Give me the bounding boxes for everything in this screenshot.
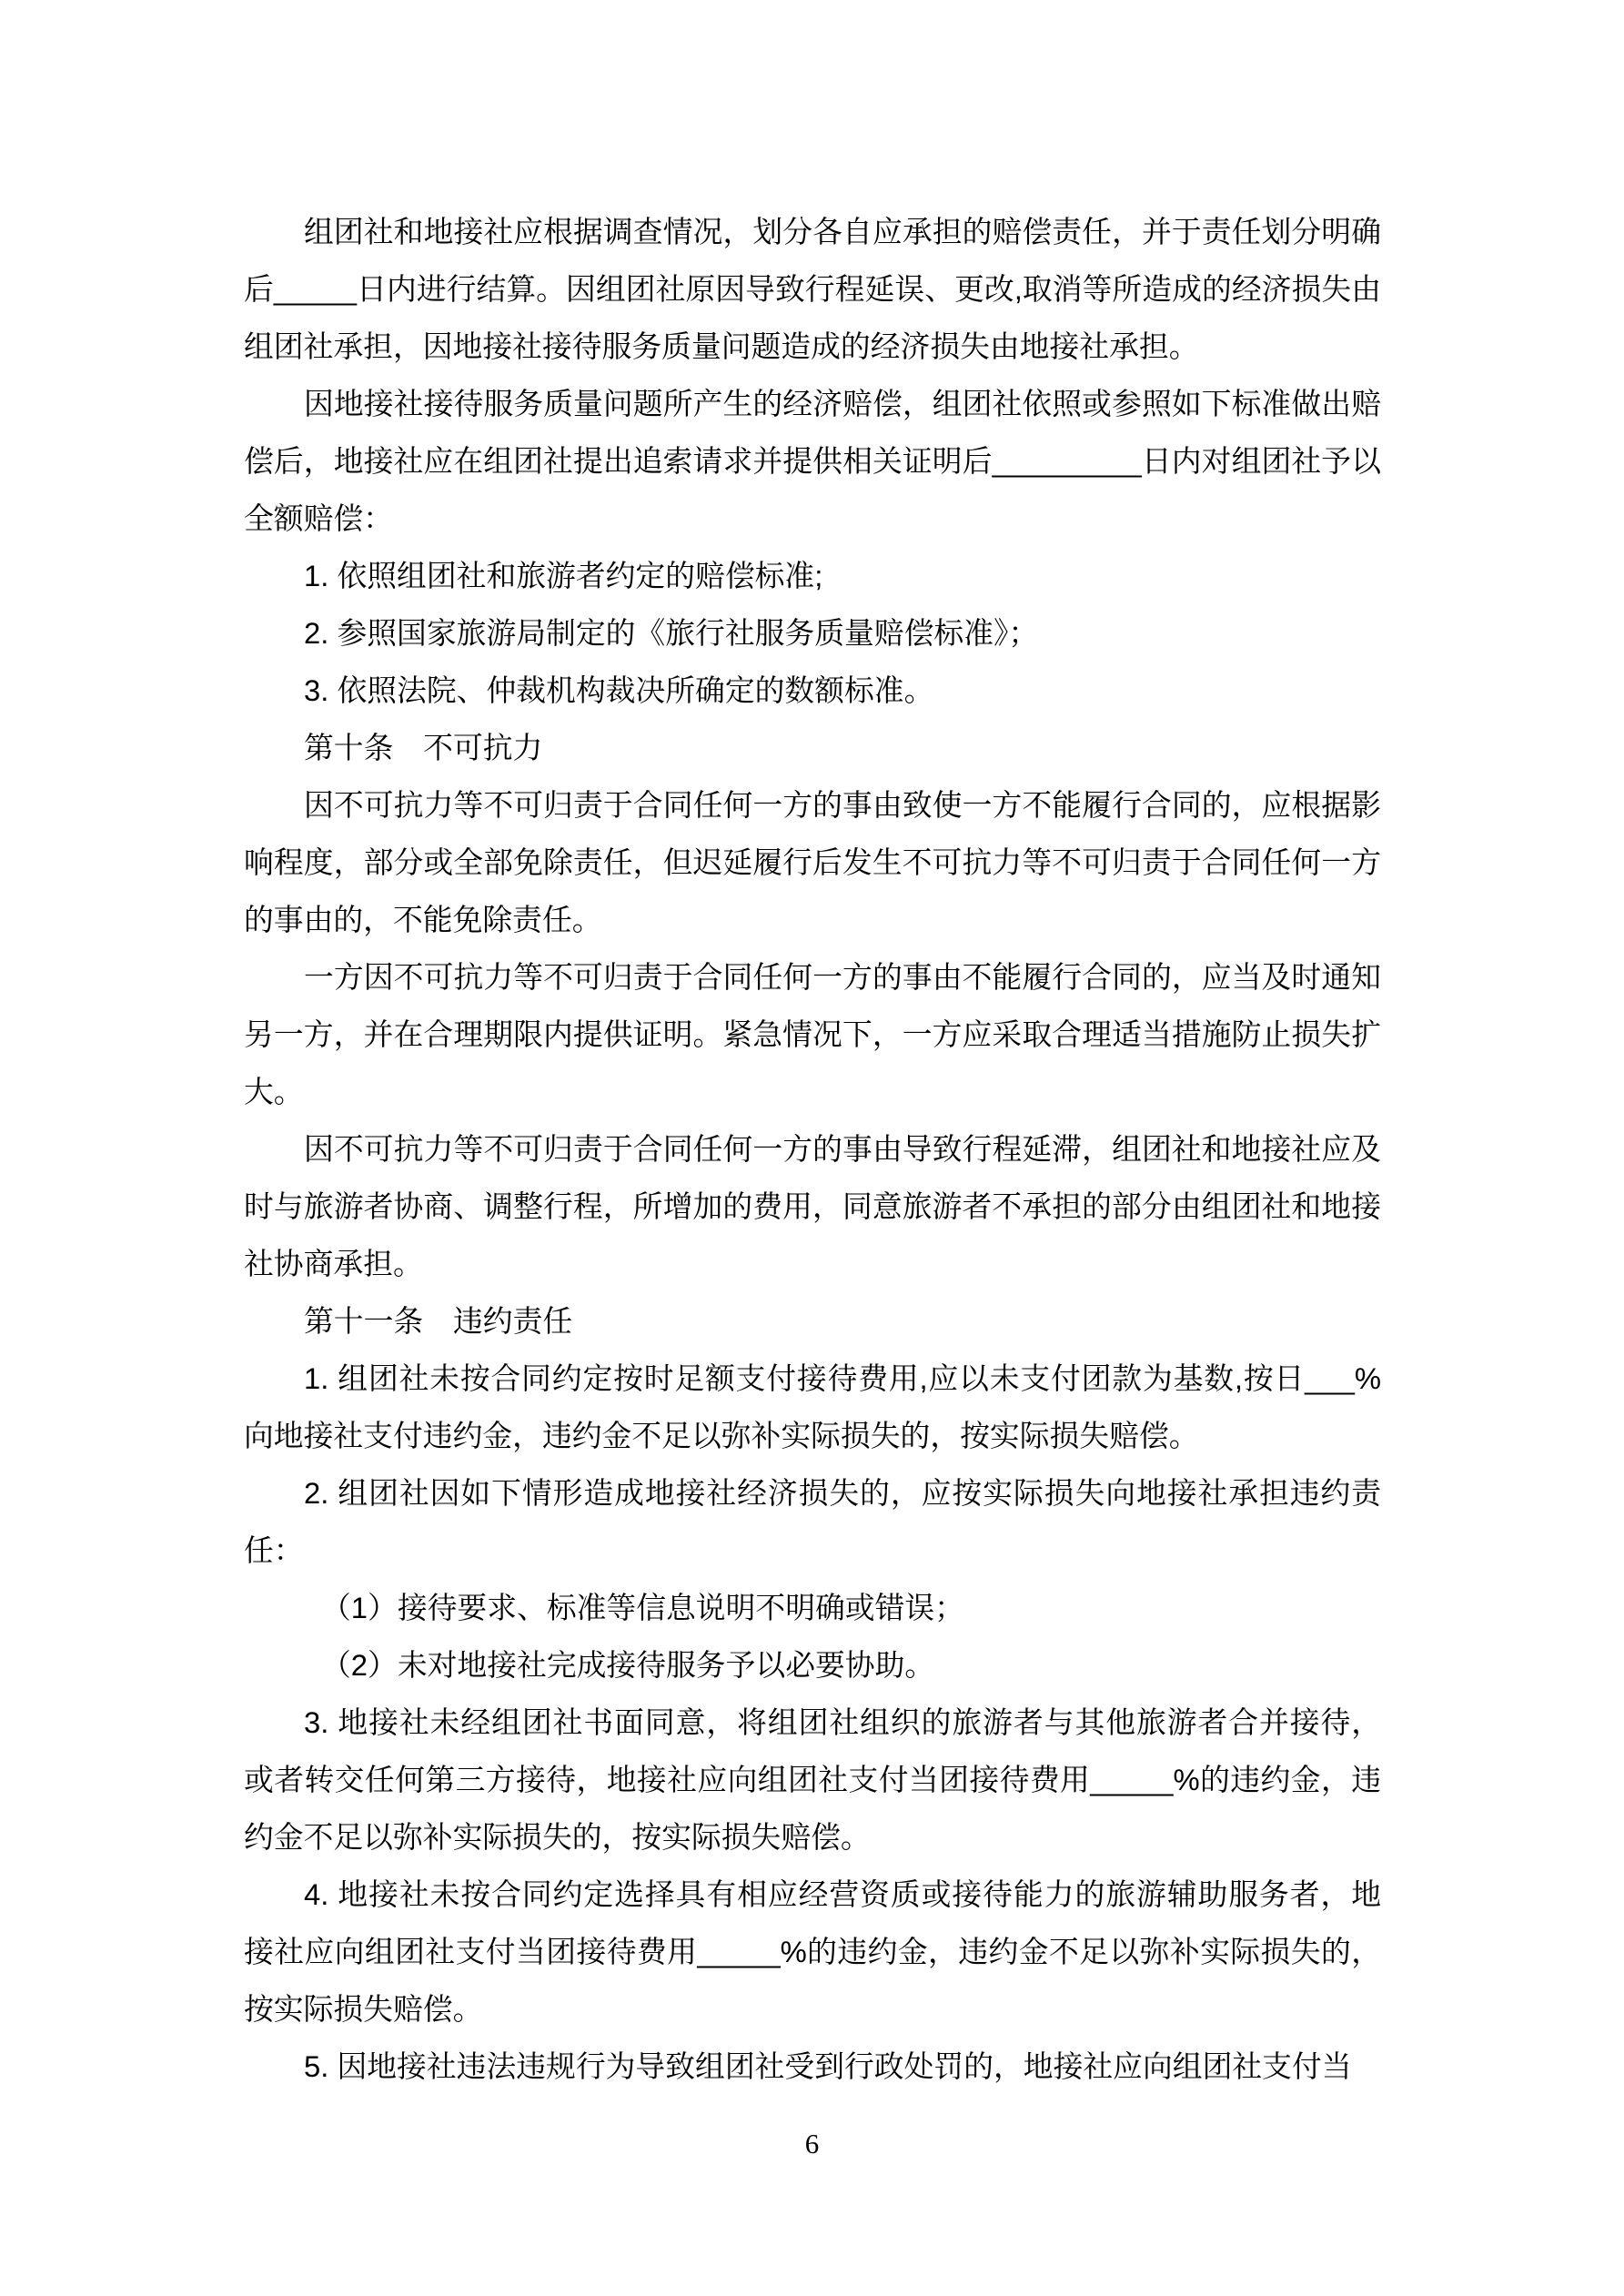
list-item-standard-1: 1. 依照组团社和旅游者约定的赔偿标准; [244, 547, 1381, 604]
sub-item-breach-2-2: （2）未对地接社完成接待服务予以必要协助。 [244, 1636, 1381, 1694]
list-item-standard-3: 3. 依照法院、仲裁机构裁决所确定的数额标准。 [244, 662, 1381, 719]
paragraph-settlement: 组团社和地接社应根据调查情况，划分各自应承担的赔偿责任，并于责任划分明确后___… [244, 203, 1381, 375]
list-item-breach-1: 1. 组团社未按合同约定按时足额支付接待费用,应以未支付团款为基数,按日___%… [244, 1350, 1381, 1464]
document-page: 组团社和地接社应根据调查情况，划分各自应承担的赔偿责任，并于责任划分明确后___… [0, 0, 1624, 2296]
list-item-breach-5: 5. 因地接社违法违规行为导致组团社受到行政处罚的，地接社应向组团社支付当 [244, 2038, 1381, 2095]
sub-item-breach-2-1: （1）接待要求、标准等信息说明不明确或错误； [244, 1579, 1381, 1636]
list-item-breach-3: 3. 地接社未经组团社书面同意，将组团社组织的旅游者与其他旅游者合并接待，或者转… [244, 1694, 1381, 1866]
page-number: 6 [0, 2126, 1624, 2162]
list-item-breach-4: 4. 地接社未按合同约定选择具有相应经营资质或接待能力的旅游辅助服务者，地接社应… [244, 1866, 1381, 2038]
heading-article-10-force-majeure: 第十条 不可抗力 [244, 719, 1381, 776]
list-item-standard-2: 2. 参照国家旅游局制定的《旅行社服务质量赔偿标准》； [244, 604, 1381, 662]
paragraph-force-majeure-2: 一方因不可抗力等不可归责于合同任何一方的事由不能履行合同的，应当及时通知另一方，… [244, 948, 1381, 1120]
list-item-breach-2: 2. 组团社因如下情形造成地接社经济损失的，应按实际损失向地接社承担违约责任： [244, 1464, 1381, 1579]
paragraph-force-majeure-1: 因不可抗力等不可归责于合同任何一方的事由致使一方不能履行合同的，应根据影响程度，… [244, 776, 1381, 948]
contract-text-block: 组团社和地接社应根据调查情况，划分各自应承担的赔偿责任，并于责任划分明确后___… [244, 203, 1381, 2095]
paragraph-compensation-intro: 因地接社接待服务质量问题所产生的经济赔偿，组团社依照或参照如下标准做出赔偿后，地… [244, 375, 1381, 547]
heading-article-11-breach-liability: 第十一条 违约责任 [244, 1292, 1381, 1350]
paragraph-force-majeure-3: 因不可抗力等不可归责于合同任何一方的事由导致行程延滞，组团社和地接社应及时与旅游… [244, 1120, 1381, 1292]
